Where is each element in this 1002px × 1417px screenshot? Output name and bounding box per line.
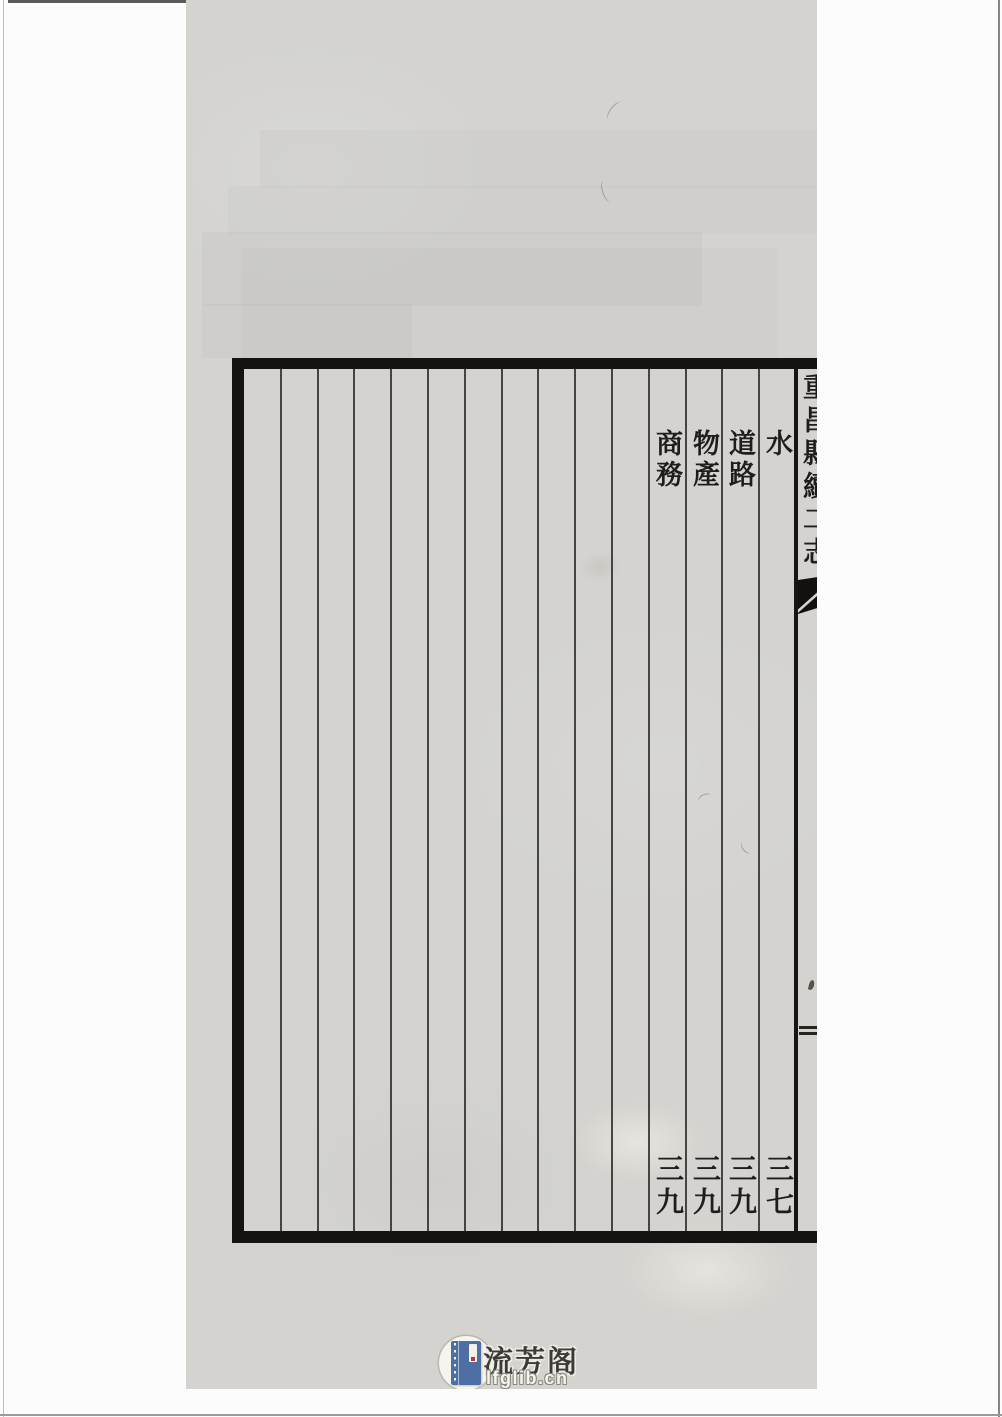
watermark-site-domain: lfglib.cn [486,1368,569,1389]
column-rule-line [353,369,355,1231]
stitched-book-icon [451,1341,481,1385]
book-stitch-dots [454,1343,456,1383]
spine-char: 重 [799,372,817,405]
column-rule-line [464,369,466,1231]
toc-entry-title: 水 [760,429,794,460]
book-red-seal [471,1357,475,1361]
column-rule-line [501,369,503,1231]
site-watermark: 流芳阁 lfglib.cn [428,1332,598,1389]
paper-fibre-mark [604,99,625,122]
toc-entry-page-number: 三七 [760,1154,794,1220]
column-rule-line [537,369,539,1231]
scanned-page: 重昌縣續二志 水 道路 物產 商務 三七 三九 三九 三九 流芳阁 lfglib… [186,0,817,1389]
column-rule-line [390,369,392,1231]
page-bleedthrough-shadow [228,186,817,234]
column-rule-line [611,369,613,1231]
scan-edge-bottom-line [0,1414,1002,1416]
toc-entry-title: 物產 [687,429,721,491]
spine-double-rule [799,1032,817,1035]
column-rule-line [758,369,760,1231]
toc-entry-page-number: 三九 [687,1154,721,1220]
column-rule-line [317,369,319,1231]
scan-edge-right-line [998,0,1000,1417]
spine-title-partial: 重昌縣續二志 [800,372,817,587]
spine-double-rule [799,1026,817,1029]
page-bleedthrough-shadow [260,130,817,188]
column-rule-line [648,369,650,1231]
toc-entry-page-number: 三九 [650,1154,684,1220]
spine-char: 昌 [799,405,817,438]
book-spine-line [458,1341,459,1385]
column-rule-line [721,369,723,1231]
fishtail-printer-mark [798,576,817,618]
toc-entry-title: 商務 [650,429,684,491]
column-rule-line [574,369,576,1231]
spine-char: 二 [799,504,817,537]
column-rule-line [280,369,282,1231]
scan-edge-left-line [3,0,4,1417]
book-title-label [469,1344,477,1362]
toc-entry-page-number: 三九 [723,1154,757,1220]
spine-char: 續 [799,471,817,504]
spine-char: 志 [799,537,817,570]
column-rule-line [427,369,429,1231]
page-bleedthrough-shadow [202,304,412,358]
banxin-divider-line [794,369,798,1231]
toc-entry-title: 道路 [723,429,757,491]
spine-char: 縣 [799,438,817,471]
column-rule-line [685,369,687,1231]
